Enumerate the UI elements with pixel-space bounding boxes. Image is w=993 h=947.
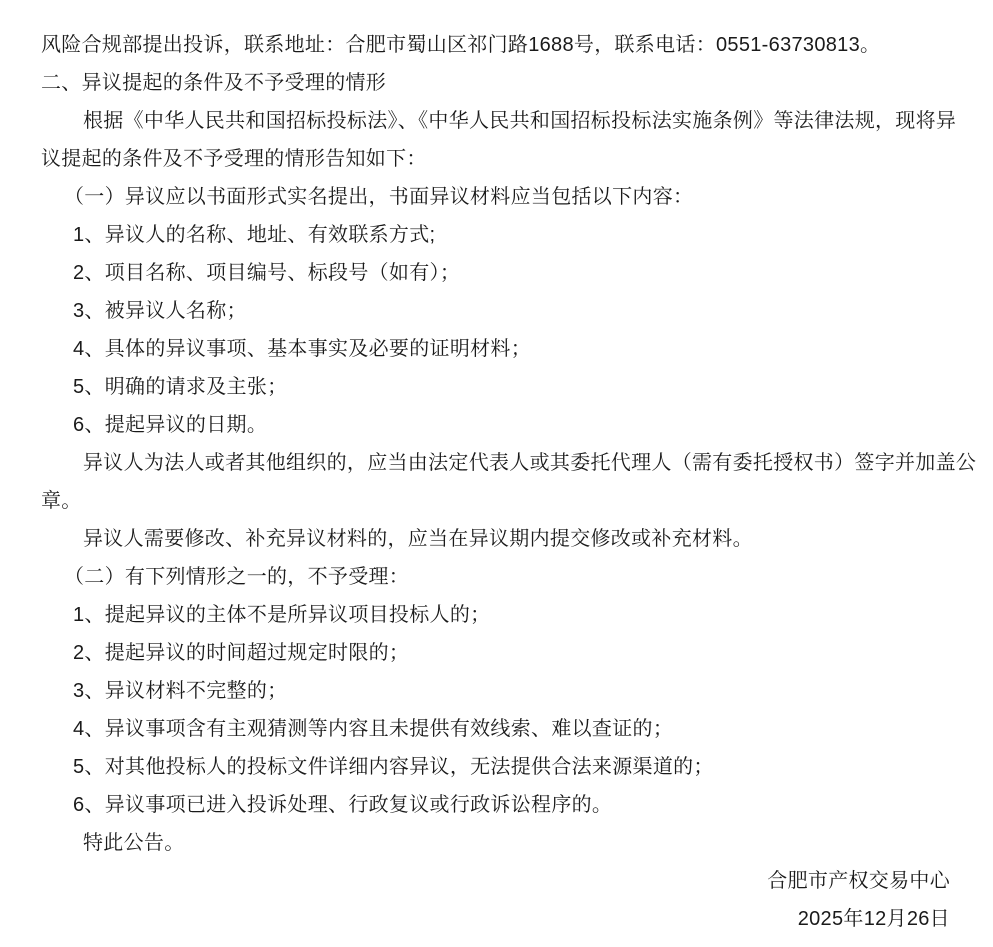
requirement-item-2: 2、项目名称、项目编号、标段号（如有）；: [0, 254, 993, 292]
contact-info-line: 风险合规部提出投诉，联系地址：合肥市蜀山区祁门路1688号，联系电话：0551-…: [0, 26, 993, 64]
amendment-note: 异议人需要修改、补充异议材料的，应当在异议期内提交修改或补充材料。: [0, 520, 993, 558]
rejection-item-3: 3、异议材料不完整的；: [0, 672, 993, 710]
requirement-item-1: 1、异议人的名称、地址、有效联系方式;: [0, 216, 993, 254]
issue-date: 2025年12月26日: [0, 900, 993, 938]
legal-person-note-line-2: 章。: [0, 482, 993, 520]
section-2-heading: 二、异议提起的条件及不予受理的情形: [0, 64, 993, 102]
rejection-item-4: 4、异议事项含有主观猜测等内容且未提供有效线索、难以查证的；: [0, 710, 993, 748]
requirement-item-4: 4、具体的异议事项、基本事实及必要的证明材料；: [0, 330, 993, 368]
rejection-item-5: 5、对其他投标人的投标文件详细内容异议，无法提供合法来源渠道的；: [0, 748, 993, 786]
closing-line: 特此公告。: [0, 824, 993, 862]
subsection-2-heading: （二）有下列情形之一的，不予受理：: [0, 558, 993, 596]
requirement-item-5: 5、明确的请求及主张；: [0, 368, 993, 406]
rejection-item-1: 1、提起异议的主体不是所异议项目投标人的；: [0, 596, 993, 634]
intro-line-2: 议提起的条件及不予受理的情形告知如下：: [0, 140, 993, 178]
rejection-item-2: 2、提起异议的时间超过规定时限的；: [0, 634, 993, 672]
rejection-item-6: 6、异议事项已进入投诉处理、行政复议或行政诉讼程序的。: [0, 786, 993, 824]
requirement-item-3: 3、被异议人名称；: [0, 292, 993, 330]
requirement-item-6: 6、提起异议的日期。: [0, 406, 993, 444]
issuer-signature: 合肥市产权交易中心: [0, 862, 993, 900]
announcement-document: 风险合规部提出投诉，联系地址：合肥市蜀山区祁门路1688号，联系电话：0551-…: [0, 0, 993, 947]
intro-line-1: 根据《中华人民共和国招标投标法》、《中华人民共和国招标投标法实施条例》等法律法规…: [0, 102, 993, 140]
legal-person-note-line-1: 异议人为法人或者其他组织的，应当由法定代表人或其委托代理人（需有委托授权书）签字…: [0, 444, 993, 482]
subsection-1-heading: （一）异议应以书面形式实名提出，书面异议材料应当包括以下内容：: [0, 178, 993, 216]
